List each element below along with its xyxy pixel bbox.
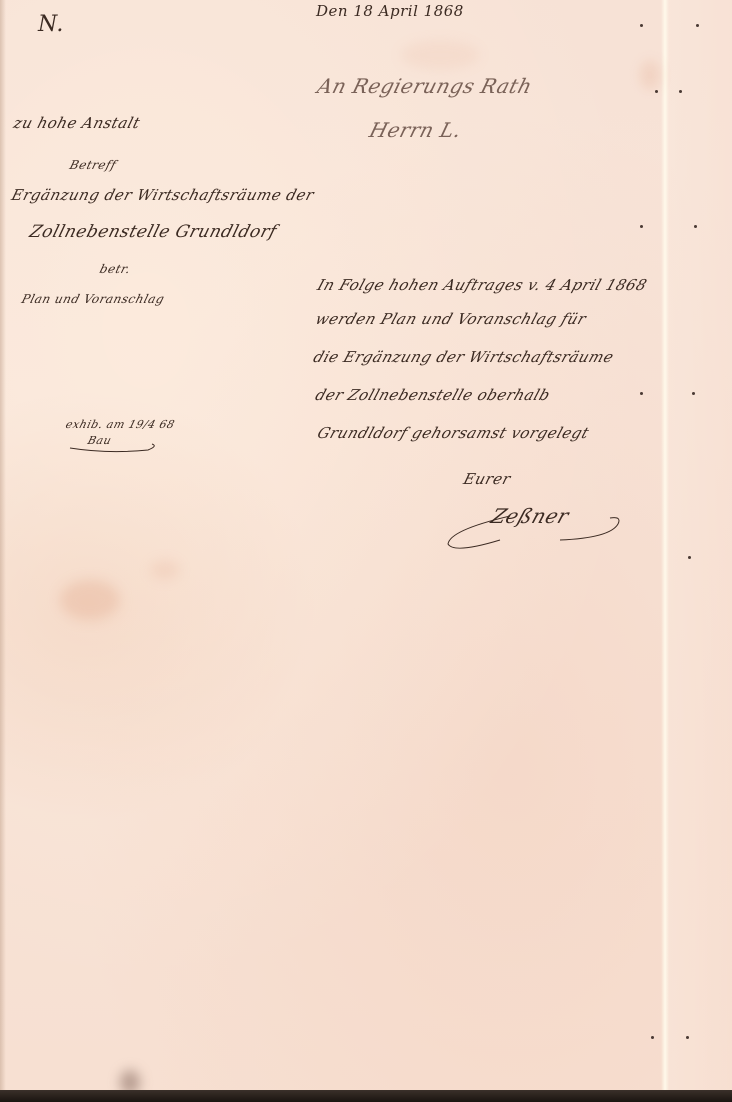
paper-fold-line (661, 0, 669, 1090)
pinhole (686, 1036, 689, 1039)
margin-subject-line-2: Zollnebenstelle Grundldorf (27, 222, 279, 242)
body-line-5: Grundldorf gehorsamst vorgelegt (315, 424, 592, 442)
pinhole (651, 1036, 654, 1039)
margin-subject-line-3: Plan und Voranschlag (20, 292, 166, 306)
body-line-4: der Zollnebenstelle oberhalb (313, 386, 553, 404)
signature-flourish (440, 510, 640, 560)
pinhole (696, 24, 699, 27)
addressee-line-1: An Regierungs Rath (315, 74, 535, 98)
pinhole (640, 392, 643, 395)
stain (400, 40, 480, 70)
scan-bottom-edge (0, 1090, 732, 1102)
stain (60, 580, 120, 620)
date-line: Den 18 April 1868 (316, 2, 464, 20)
pinhole (655, 90, 658, 93)
pinhole (640, 24, 643, 27)
body-line-1: In Folge hohen Auftrages v. 4 April 1868 (315, 276, 649, 294)
pinhole (694, 225, 697, 228)
margin-subject-label: Betreff (68, 158, 118, 172)
body-line-2: werden Plan und Voranschlag für (313, 310, 589, 328)
margin-heading: zu hohe Anstalt (12, 114, 143, 132)
addressee-line-2: Herrn L. (367, 118, 465, 142)
body-line-3: die Ergänzung der Wirtschaftsräume (311, 348, 616, 366)
pinhole (688, 556, 691, 559)
page-left-edge (0, 0, 6, 1090)
page-right-margin (665, 0, 732, 1090)
stain (640, 60, 660, 90)
document-page: N. Den 18 April 1868 An Regierungs Rath … (0, 0, 732, 1102)
pinhole (640, 225, 643, 228)
margin-subject-line-1: Ergänzung der Wirtschaftsräume der (10, 186, 317, 204)
closing-word: Eurer (462, 470, 513, 488)
exhibit-note-line-1: exhib. am 19/4 68 (64, 418, 176, 431)
pinhole (692, 392, 695, 395)
margin-betr: betr. (98, 262, 132, 276)
exhibit-note-underline (68, 440, 158, 460)
document-number-mark: N. (38, 12, 64, 37)
pinhole (679, 90, 682, 93)
stain (150, 560, 180, 580)
